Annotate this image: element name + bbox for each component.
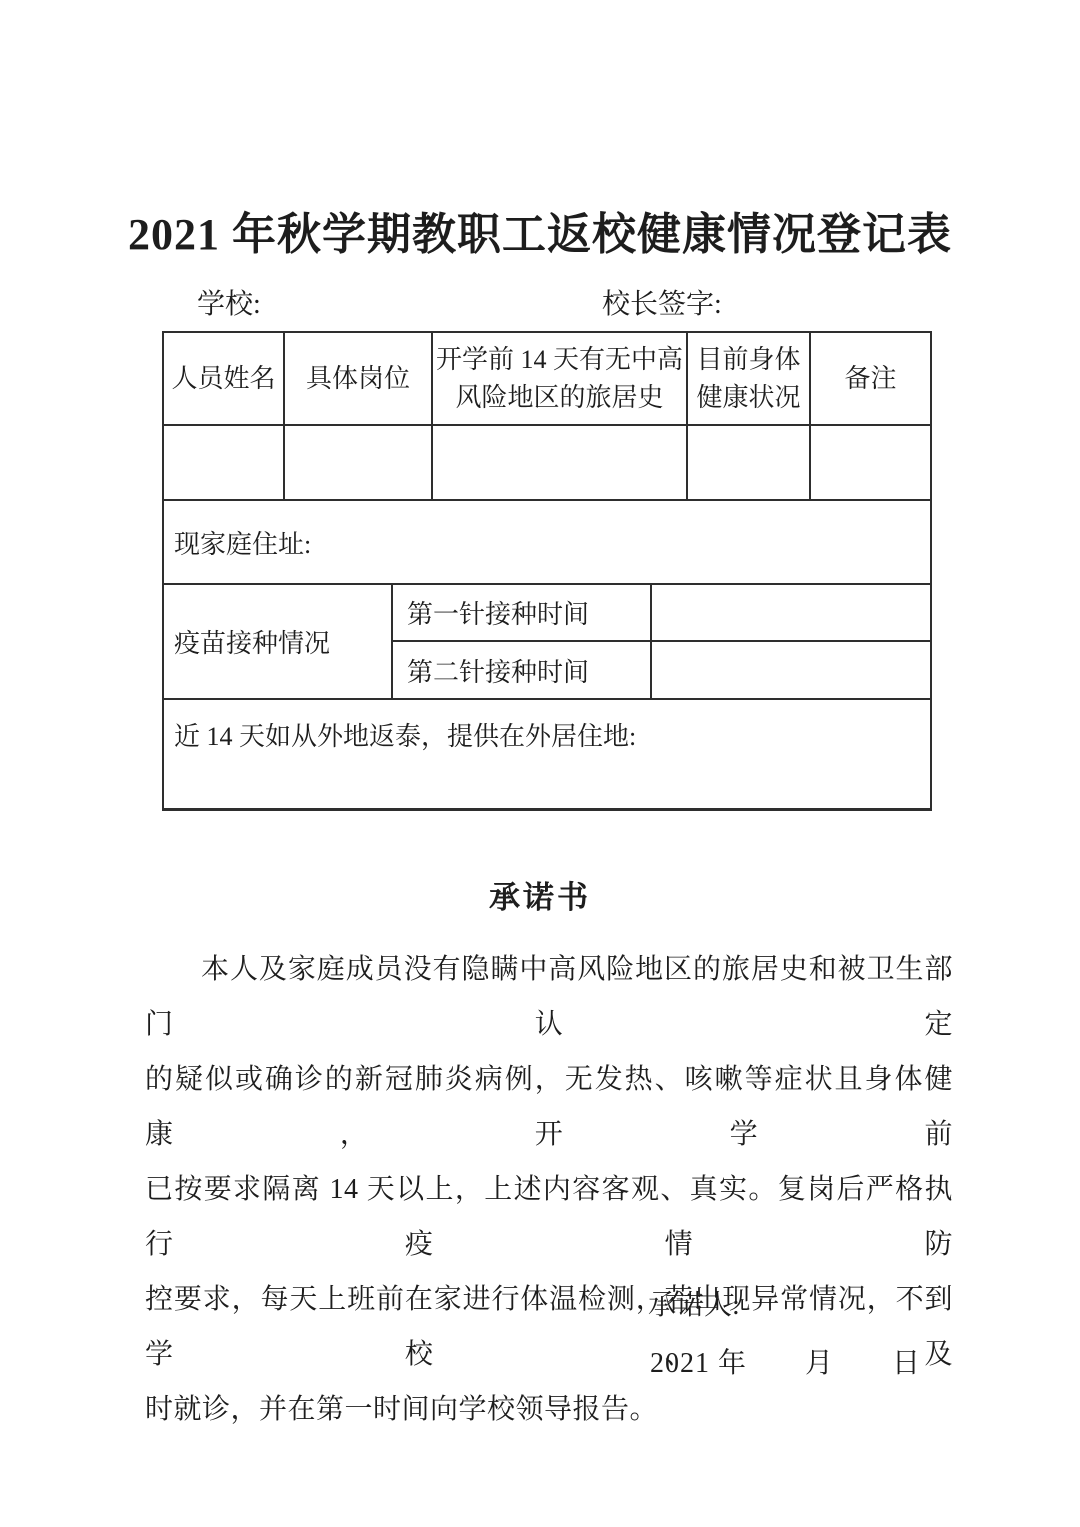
header-travel-history: 开学前 14 天有无中高 风险地区的旅居史 — [433, 333, 688, 426]
table-entry-row — [164, 426, 930, 501]
dose1-label: 第一针接种时间 — [393, 585, 652, 642]
home-address-label: 现家庭住址: — [174, 524, 311, 561]
pledge-line: 时就诊，并在第一时间向学校领导报告。 — [145, 1382, 953, 1437]
cell-remarks — [811, 426, 930, 501]
home-address-row: 现家庭住址: — [164, 501, 930, 585]
dose2-label: 第二针接种时间 — [393, 642, 652, 698]
header-person-name: 人员姓名 — [164, 333, 285, 426]
principal-signature-label: 校长签字: — [602, 282, 722, 322]
table-header-row: 人员姓名 具体岗位 开学前 14 天有无中高 风险地区的旅居史 目前身体 健康状… — [164, 333, 930, 426]
page-title: 2021 年秋学期教职工返校健康情况登记表 — [0, 198, 1080, 262]
return-residence-row: 近 14 天如从外地返泰，提供在外居住地: — [164, 700, 930, 808]
pledge-line: 已按要求隔离 14 天以上，上述内容客观、真实。复岗后严格执行疫情防 — [145, 1162, 953, 1272]
pledge-line: 本人及家庭成员没有隐瞒中高风险地区的旅居史和被卫生部门认定 — [145, 942, 953, 1052]
header-health-status: 目前身体 健康状况 — [688, 333, 811, 426]
promisor-label: 承诺人: — [648, 1283, 740, 1323]
vaccine-section-label: 疫苗接种情况 — [164, 585, 393, 698]
school-label: 学校: — [197, 282, 261, 322]
dose2-value-cell — [652, 642, 930, 698]
pledge-line: 的疑似或确诊的新冠肺炎病例，无发热、咳嗽等症状且身体健康，开学前 — [145, 1052, 953, 1162]
return-residence-label: 近 14 天如从外地返泰，提供在外居住地: — [174, 720, 636, 754]
cell-position — [285, 426, 433, 501]
pledge-heading: 承诺书 — [0, 872, 1080, 917]
date-line: 2021 年 月 日 — [650, 1341, 921, 1381]
cell-travel-history — [433, 426, 688, 501]
header-position: 具体岗位 — [285, 333, 433, 426]
cell-person-name — [164, 426, 285, 501]
document-page: 2021 年秋学期教职工返校健康情况登记表 学校: 校长签字: 人员姓名 具体岗… — [0, 0, 1080, 1527]
header-remarks: 备注 — [811, 333, 930, 426]
dose1-value-cell — [652, 585, 930, 642]
health-registration-table: 人员姓名 具体岗位 开学前 14 天有无中高 风险地区的旅居史 目前身体 健康状… — [162, 331, 932, 811]
cell-health-status — [688, 426, 811, 501]
vaccine-section: 疫苗接种情况 第一针接种时间 第二针接种时间 — [164, 585, 930, 700]
